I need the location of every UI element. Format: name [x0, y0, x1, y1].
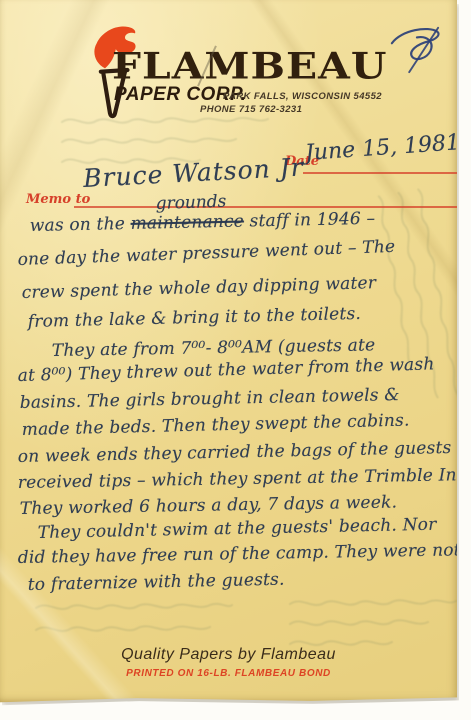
- handwritten-line: was on the maintenance staff in 1946 –: [30, 209, 376, 236]
- handwritten-line: on week ends they carried the bags of th…: [18, 437, 471, 467]
- opening-pre: was on the: [30, 214, 131, 236]
- handwritten-line: received tips – which they spent at the …: [18, 465, 471, 493]
- handwritten-line: one day the water pressure went out – Th…: [17, 237, 395, 270]
- handwritten-line: to fraternize with the guests.: [28, 570, 285, 595]
- handwritten-line: made the beds. Then they swept the cabin…: [22, 411, 410, 440]
- struck-word: maintenance: [130, 212, 244, 234]
- handwritten-line: from the lake & bring it to the toilets.: [28, 304, 362, 332]
- memo-paper-sheet: FLAMBEAU PAPER CORP. PARK FALLS, WISCONS…: [0, 0, 457, 703]
- handwritten-line: They worked 6 hours a day, 7 days a week…: [20, 492, 398, 519]
- ink-showthrough-mark: [288, 594, 458, 652]
- memo-to-rule-line: [74, 206, 457, 208]
- scanned-memo-screenshot: FLAMBEAU PAPER CORP. PARK FALLS, WISCONS…: [0, 0, 471, 720]
- memo-to-label: Memo to: [26, 192, 90, 207]
- company-name: FLAMBEAU: [112, 48, 387, 85]
- footer-tagline: Quality Papers by Flambeau: [0, 646, 457, 664]
- handwritten-inserted-word: grounds: [155, 192, 226, 214]
- date-rule-line: [303, 172, 457, 174]
- handwritten-line: basins. The girls brought in clean towel…: [20, 385, 400, 413]
- blue-ink-pen-scribble-icon: [388, 22, 442, 76]
- footer-bond-note: PRINTED ON 16-LB. FLAMBEAU BOND: [0, 668, 457, 679]
- handwritten-line: They couldn't swim at the guests' beach.…: [38, 515, 437, 543]
- company-address: PARK FALLS, WISCONSIN 54552: [223, 91, 382, 102]
- company-phone: PHONE 715 762-3231: [200, 104, 302, 115]
- handwritten-line: crew spent the whole day dipping water: [21, 273, 376, 303]
- opening-post: staff in 1946 –: [244, 209, 376, 232]
- handwritten-line: did they have free run of the camp. They…: [18, 540, 461, 568]
- handwritten-date: June 15, 1981: [304, 130, 461, 166]
- ink-showthrough-mark: [34, 596, 234, 652]
- handwritten-recipient: Bruce Watson Jr: [82, 152, 304, 193]
